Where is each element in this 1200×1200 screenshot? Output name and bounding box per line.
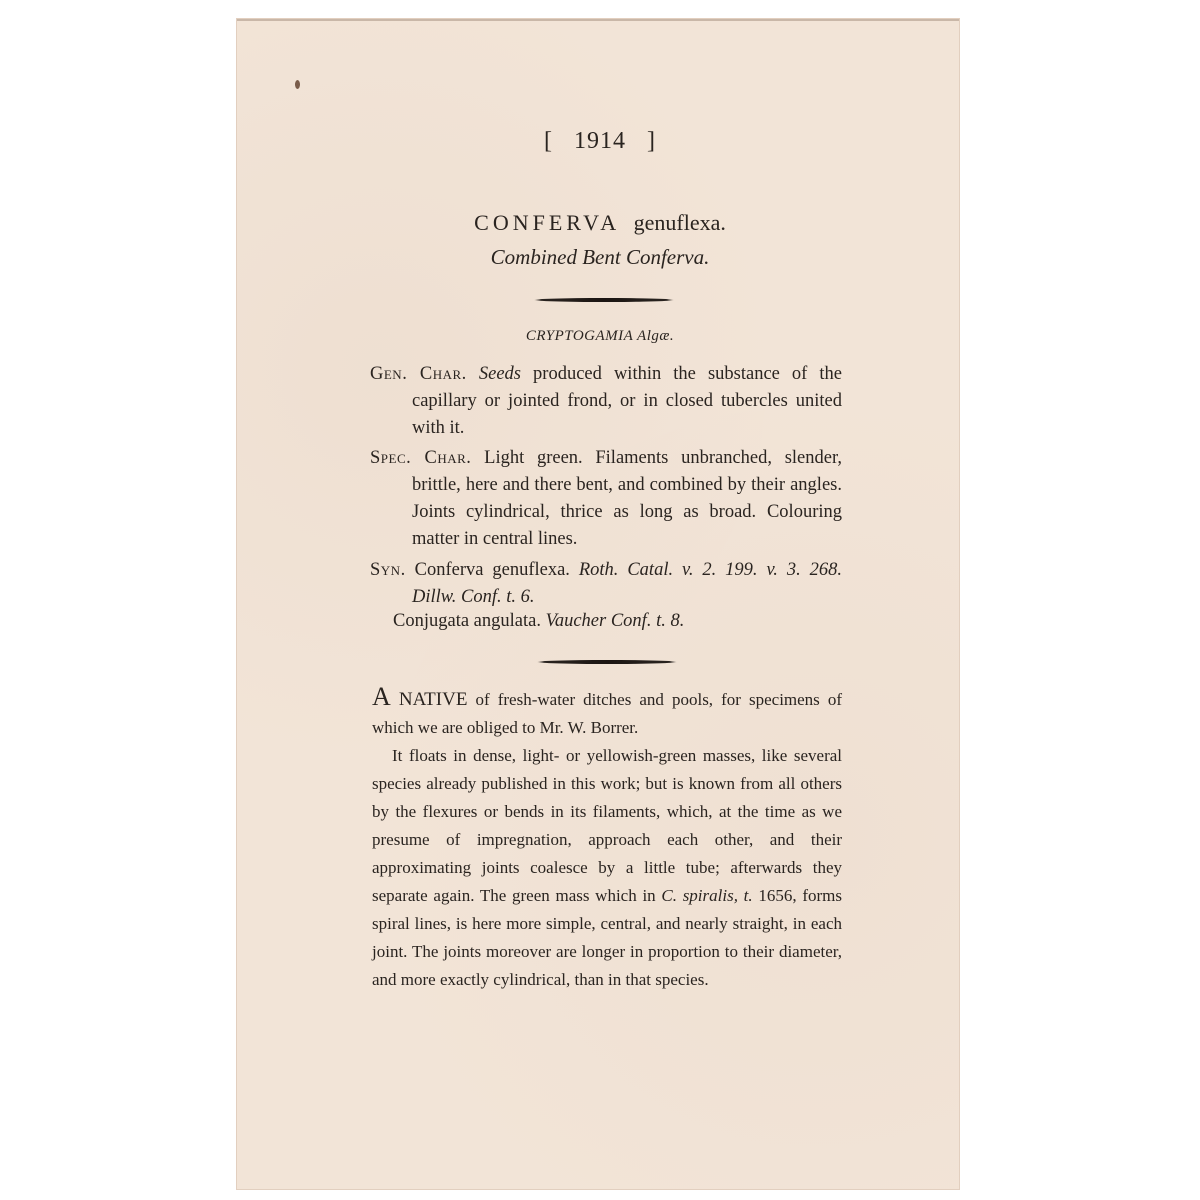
native-word: NATIVE [399,689,468,710]
gen-char-lead: Seeds [479,364,521,384]
ornamental-rule-2 [537,660,677,664]
species-name: genuflexa. [634,210,726,235]
syn-entry2-name: Conjugata angulata. [393,611,541,631]
classification: CRYPTOGAMIA Algæ. [0,328,1200,345]
description-body: A NATIVE of fresh-water ditches and pool… [372,683,842,994]
syn-entry2-ref: Vaucher Conf. t. 8. [546,611,685,631]
para2-italic: C. spiralis, t. [661,886,752,905]
syn-entry1-ref2: Dillw. Conf. t. 6. [412,587,535,607]
syn-entry1-name: Conferva genuflexa. [415,560,570,580]
drop-cap: A [372,682,391,711]
bracket-right: ] [647,128,656,155]
bracket-left: [ [544,128,553,155]
synonym-entry-2: Conjugata angulata. Vaucher Conf. t. 8. [393,611,684,632]
common-name: Combined Bent Conferva. [0,245,1200,270]
syn-label: Syn. [370,560,406,580]
page-number-value: 1914 [574,128,626,154]
foxing-spot [295,80,300,89]
ornamental-rule [534,298,674,302]
syn-entry1-ref: Roth. Catal. v. 2. 199. v. 3. 268. [579,560,842,580]
spec-char-text: Light green. Filaments unbranched, slend… [412,448,842,549]
genus-name: CONFERVA [474,210,620,235]
gen-char-label: Gen. Char. [370,364,467,384]
specific-character: Spec. Char. Light green. Filaments unbra… [370,445,842,553]
generic-character: Gen. Char. Seeds produced within the sub… [370,361,842,442]
synonyms: Syn. Conferva genuflexa. Roth. Catal. v.… [370,557,842,611]
para2-text-a: It floats in dense, light- or yellowish-… [372,746,842,905]
spec-char-label: Spec. Char. [370,448,471,468]
page-number: [ 1914 ] [0,128,1200,155]
gen-char-text: produced within the substance of the cap… [412,364,842,438]
species-title: CONFERVA genuflexa. [0,210,1200,236]
